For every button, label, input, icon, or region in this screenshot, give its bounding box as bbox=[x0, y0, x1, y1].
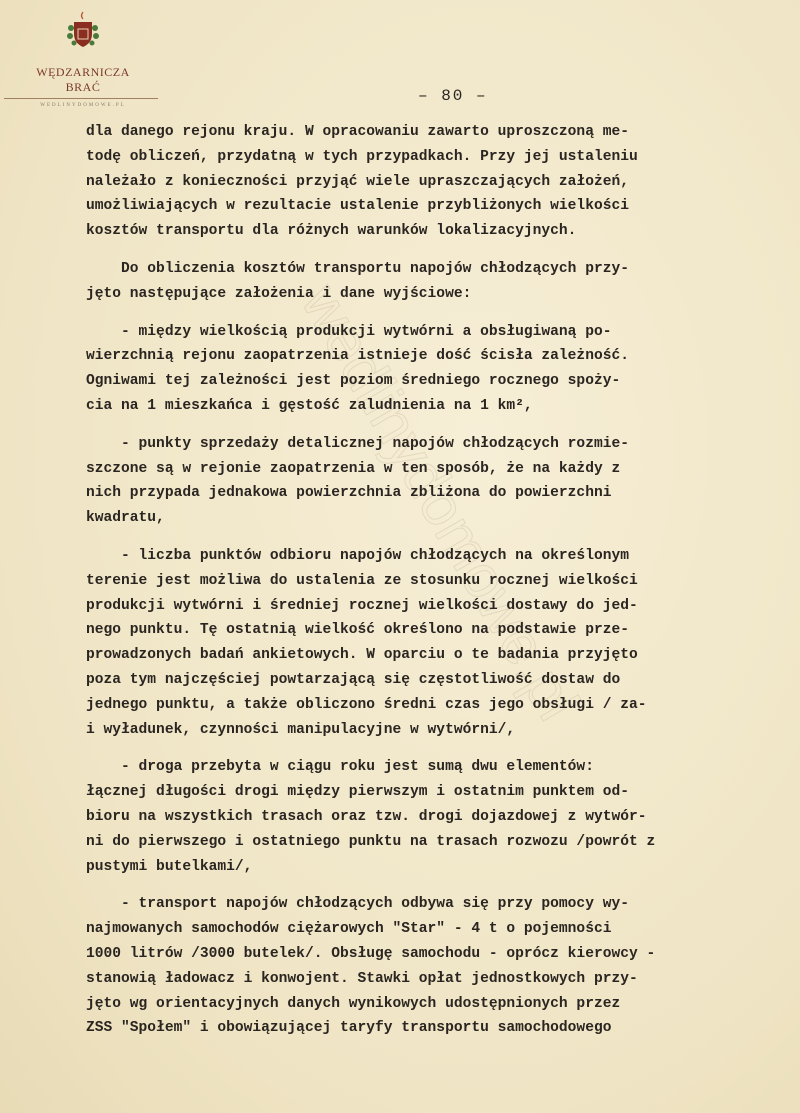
document-page: WĘDZARNICZA BRAĆ WEDLINYDOMOWE.PL – 80 –… bbox=[0, 0, 800, 1113]
paragraph: dla danego rejonu kraju. W opracowaniu z… bbox=[86, 124, 786, 248]
text-line: Do obliczenia kosztów transportu napojów… bbox=[86, 261, 786, 286]
text-line: Ogniwami tej zależności jest poziom śred… bbox=[86, 373, 786, 398]
brand-name: WĘDZARNICZA BRAĆ bbox=[18, 65, 148, 95]
text-line: stanowią ładowacz i konwojent. Stawki op… bbox=[86, 971, 786, 996]
text-line: należało z konieczności przyjąć wiele up… bbox=[86, 174, 786, 199]
paragraph: - między wielkością produkcji wytwórni a… bbox=[86, 324, 786, 423]
text-line: kosztów transportu dla różnych warunków … bbox=[86, 223, 786, 248]
text-line: nich przypada jednakowa powierzchnia zbl… bbox=[86, 485, 786, 510]
text-line: - liczba punktów odbioru napojów chłodzą… bbox=[86, 548, 786, 573]
text-line: i wyładunek, czynności manipulacyjne w w… bbox=[86, 722, 786, 747]
text-line: ni do pierwszego i ostatniego punktu na … bbox=[86, 834, 786, 859]
text-line: - między wielkością produkcji wytwórni a… bbox=[86, 324, 786, 349]
paragraph-gap bbox=[86, 248, 786, 261]
page-number: – 80 – bbox=[418, 87, 488, 105]
text-line: todę obliczeń, przydatną w tych przypadk… bbox=[86, 149, 786, 174]
publisher-logo: WĘDZARNICZA BRAĆ WEDLINYDOMOWE.PL bbox=[18, 10, 148, 108]
text-line: umożliwiających w rezultacie ustalenie p… bbox=[86, 198, 786, 223]
text-line: prowadzonych badań ankietowych. W oparci… bbox=[86, 647, 786, 672]
text-line: - transport napojów chłodzących odbywa s… bbox=[86, 896, 786, 921]
text-line: bioru na wszystkich trasach oraz tzw. dr… bbox=[86, 809, 786, 834]
text-line: nego punktu. Tę ostatnią wielkość określ… bbox=[86, 622, 786, 647]
document-body: dla danego rejonu kraju. W opracowaniu z… bbox=[86, 124, 786, 1045]
text-line: najmowanych samochodów ciężarowych "Star… bbox=[86, 921, 786, 946]
text-line: łącznej długości drogi między pierwszym … bbox=[86, 784, 786, 809]
text-line: cia na 1 mieszkańca i gęstość zaludnieni… bbox=[86, 398, 786, 423]
paragraph: - liczba punktów odbioru napojów chłodzą… bbox=[86, 548, 786, 746]
brand-site: WEDLINYDOMOWE.PL bbox=[18, 103, 148, 108]
paragraph: Do obliczenia kosztów transportu napojów… bbox=[86, 261, 786, 311]
paragraph: - droga przebyta w ciągu roku jest sumą … bbox=[86, 759, 786, 883]
text-line: jęto wg orientacyjnych danych wynikowych… bbox=[86, 996, 786, 1021]
paragraph-gap bbox=[86, 423, 786, 436]
text-line: szczone są w rejonie zaopatrzenia w ten … bbox=[86, 461, 786, 486]
text-line: produkcji wytwórni i średniej rocznej wi… bbox=[86, 598, 786, 623]
text-line: kwadratu, bbox=[86, 510, 786, 535]
text-line: jęto następujące założenia i dane wyjści… bbox=[86, 286, 786, 311]
text-line: - droga przebyta w ciągu roku jest sumą … bbox=[86, 759, 786, 784]
paragraph-gap bbox=[86, 746, 786, 759]
crest-icon bbox=[63, 10, 103, 50]
paragraph: - transport napojów chłodzących odbywa s… bbox=[86, 896, 786, 1045]
paragraph: - punkty sprzedaży detalicznej napojów c… bbox=[86, 436, 786, 535]
paragraph-gap bbox=[86, 883, 786, 896]
text-line: terenie jest możliwa do ustalenia ze sto… bbox=[86, 573, 786, 598]
text-line: pustymi butelkami/, bbox=[86, 859, 786, 884]
text-line: wierzchnią rejonu zaopatrzenia istnieje … bbox=[86, 348, 786, 373]
text-line: jednego punktu, a także obliczono średni… bbox=[86, 697, 786, 722]
text-line: poza tym najczęściej powtarzającą się cz… bbox=[86, 672, 786, 697]
text-line: dla danego rejonu kraju. W opracowaniu z… bbox=[86, 124, 786, 149]
text-line: ZSS "Społem" i obowiązującej taryfy tran… bbox=[86, 1020, 786, 1045]
paragraph-gap bbox=[86, 535, 786, 548]
logo-divider bbox=[4, 98, 158, 99]
paragraph-gap bbox=[86, 311, 786, 324]
text-line: - punkty sprzedaży detalicznej napojów c… bbox=[86, 436, 786, 461]
text-line: 1000 litrów /3000 butelek/. Obsługę samo… bbox=[86, 946, 786, 971]
